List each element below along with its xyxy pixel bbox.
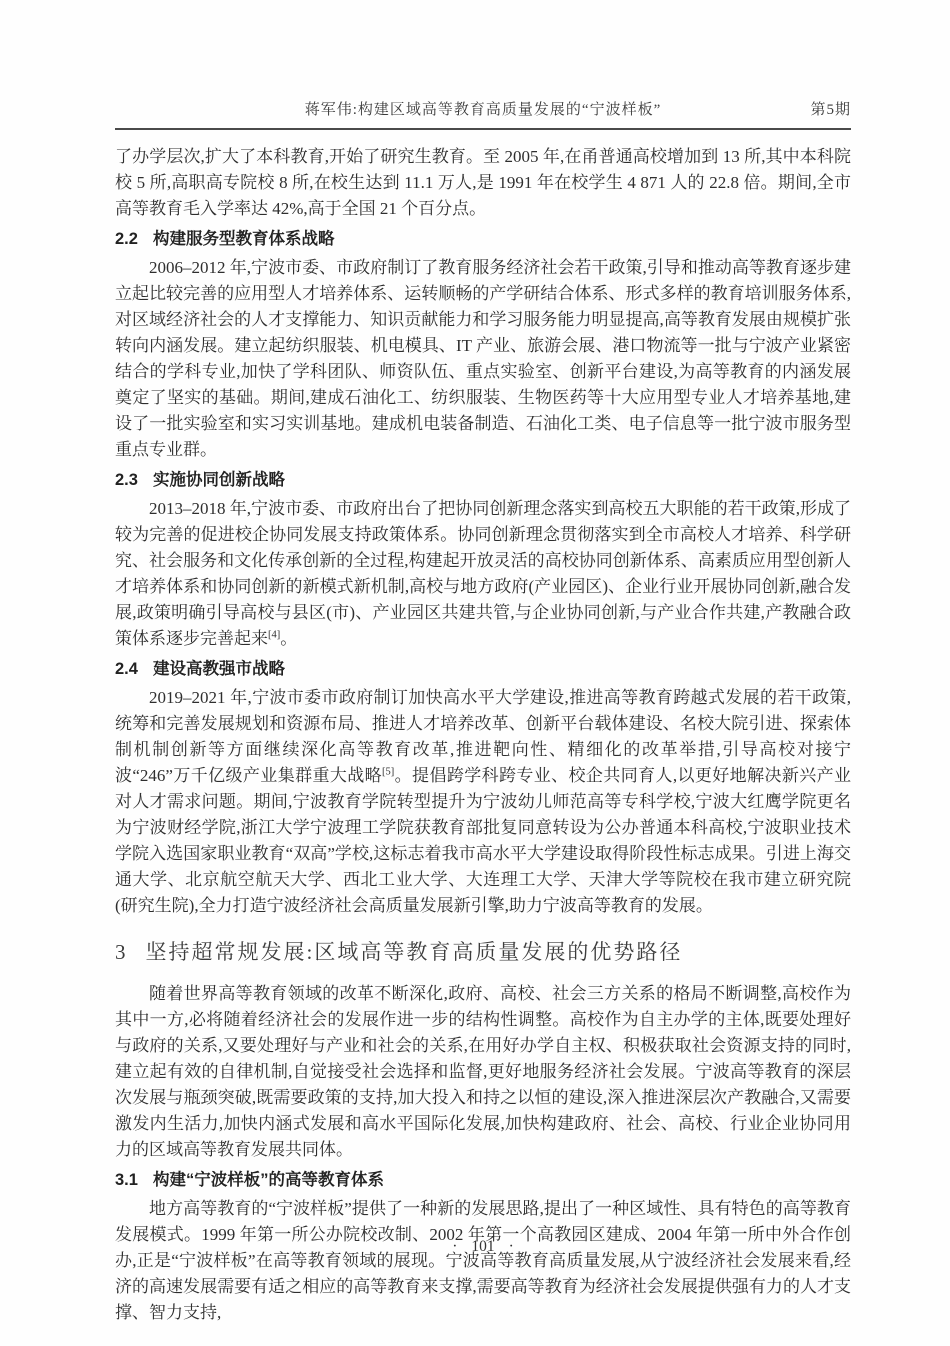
section-2-2-number: 2.2 — [115, 230, 138, 248]
section-3-heading: 3坚持超常规发展:区域高等教育高质量发展的优势路径 — [115, 937, 851, 967]
citation-ref-4: [4] — [268, 629, 280, 640]
paragraph-3: 随着世界高等教育领域的改革不断深化,政府、高校、社会三方关系的格局不断调整,高校… — [115, 981, 851, 1163]
section-2-3-heading: 2.3实施协同创新战略 — [115, 467, 851, 493]
page-header: 蒋军伟:构建区域高等教育高质量发展的“宁波样板” 第5期 — [115, 98, 851, 130]
paragraph-2-4-tail: 。提倡跨学科跨专业、校企共同育人,以更好地解决新兴产业对人才需求问题。期间,宁波… — [115, 766, 851, 915]
page-number: 101 — [471, 1238, 494, 1255]
section-2-3-number: 2.3 — [115, 471, 138, 489]
running-title: 蒋军伟:构建区域高等教育高质量发展的“宁波样板” — [305, 102, 662, 118]
section-3-number: 3 — [115, 940, 126, 964]
paragraph-3-1: 地方高等教育的“宁波样板”提供了一种新的发展思路,提出了一种区域性、具有特色的高… — [115, 1196, 851, 1326]
paragraph-2-4: 2019–2021 年,宁波市委市政府制订加快高水平大学建设,推进高等教育跨越式… — [115, 685, 851, 919]
page-content: 蒋军伟:构建区域高等教育高质量发展的“宁波样板” 第5期 了办学层次,扩大了本科… — [115, 98, 851, 1326]
section-2-4-title: 建设高教强市战略 — [153, 660, 285, 678]
section-2-4-number: 2.4 — [115, 660, 138, 678]
section-3-1-heading: 3.1构建“宁波样板”的高等教育体系 — [115, 1167, 851, 1193]
article-body: 了办学层次,扩大了本科教育,开始了研究生教育。至 2005 年,在甬普通高校增加… — [115, 144, 851, 1326]
section-3-title: 坚持超常规发展:区域高等教育高质量发展的优势路径 — [146, 940, 683, 964]
paragraph-2-3: 2013–2018 年,宁波市委、市政府出台了把协同创新理念落实到高校五大职能的… — [115, 496, 851, 652]
page-footer: ·101· — [115, 1238, 851, 1256]
paragraph-2-3-tail: 。 — [280, 629, 297, 648]
section-2-2-heading: 2.2构建服务型教育体系战略 — [115, 226, 851, 252]
citation-ref-5: [5] — [382, 766, 394, 777]
section-2-2-title: 构建服务型教育体系战略 — [153, 230, 335, 248]
paragraph-2-2: 2006–2012 年,宁波市委、市政府制订了教育服务经济社会若干政策,引导和推… — [115, 255, 851, 463]
paragraph-2-3-text: 2013–2018 年,宁波市委、市政府出台了把协同创新理念落实到高校五大职能的… — [115, 499, 851, 648]
section-2-3-title: 实施协同创新战略 — [153, 471, 285, 489]
footer-dot-right: · — [509, 1238, 514, 1255]
footer-dot-left: · — [452, 1238, 457, 1255]
section-3-1-title: 构建“宁波样板”的高等教育体系 — [153, 1171, 384, 1189]
issue-number: 第5期 — [810, 98, 851, 119]
journal-page: 蒋军伟:构建区域高等教育高质量发展的“宁波样板” 第5期 了办学层次,扩大了本科… — [0, 0, 950, 1346]
section-2-4-heading: 2.4建设高教强市战略 — [115, 656, 851, 682]
paragraph-continuation: 了办学层次,扩大了本科教育,开始了研究生教育。至 2005 年,在甬普通高校增加… — [115, 144, 851, 222]
section-3-1-number: 3.1 — [115, 1171, 138, 1189]
